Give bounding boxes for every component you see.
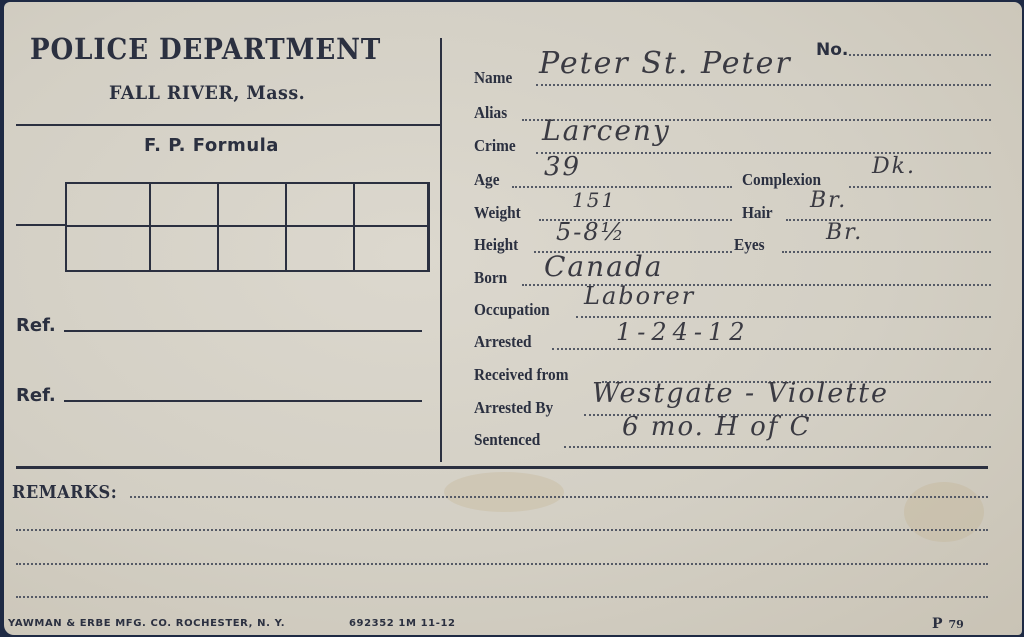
page-title: POLICE DEPARTMENT [30,32,381,66]
received-from-label: Received from [474,365,568,385]
height-label: Height [474,235,518,255]
ref-line-1[interactable] [64,330,422,332]
ref-label-2: Ref. [16,385,56,406]
remarks-line-2[interactable] [16,529,988,531]
form-prefix: P [932,616,943,632]
section-divider [16,466,988,469]
hair-line[interactable] [786,219,991,221]
police-record-card: POLICE DEPARTMENT FALL RIVER, Mass. F. P… [4,2,1022,635]
complexion-value: Dk. [872,154,916,179]
remarks-label: REMARKS: [12,482,117,503]
paper-stain [444,472,564,512]
remarks-line-1[interactable] [130,496,988,498]
hair-label: Hair [742,203,773,223]
header-divider [16,124,440,126]
height-value: 5-8½ [556,218,626,246]
form-number-value: 79 [949,618,964,631]
fp-cell[interactable] [151,184,219,227]
eyes-label: Eyes [734,235,765,255]
complexion-line[interactable] [849,186,991,188]
paper-stain [904,482,984,542]
record-number-label: No. [816,40,848,60]
arrested-by-label: Arrested By [474,398,553,418]
fp-cell[interactable] [151,227,219,270]
age-label: Age [474,170,499,190]
sentenced-value: 6 mo. H of C [622,412,812,442]
weight-label: Weight [474,203,521,223]
age-line[interactable] [512,186,732,188]
hair-value: Br. [810,188,847,213]
crime-line[interactable] [536,152,991,154]
vertical-divider [440,38,442,462]
arrested-value: 1-24-12 [616,318,751,346]
complexion-label: Complexion [742,170,821,190]
occupation-label: Occupation [474,300,550,320]
weight-value: 151 [572,188,616,212]
born-value: Canada [544,250,663,283]
remarks-line-3[interactable] [16,563,988,565]
fp-cell[interactable] [287,184,355,227]
fp-cell[interactable] [67,227,151,270]
age-value: 39 [544,152,581,182]
printer-imprint: YAWMAN & ERBE MFG. CO. ROCHESTER, N. Y. [8,618,285,629]
fp-formula-grid [65,182,430,272]
sentenced-label: Sentenced [474,430,540,450]
print-code: 692352 1M 11-12 [349,618,456,629]
arrested-label: Arrested [474,332,532,352]
ref-line-2[interactable] [64,400,422,402]
crime-value: Larceny [542,114,671,147]
formula-guide-line [16,224,66,226]
city-subtitle: FALL RIVER, Mass. [109,82,305,104]
name-line[interactable] [536,84,991,86]
name-value: Peter St. Peter [539,46,792,81]
fp-cell[interactable] [219,184,287,227]
ref-label-1: Ref. [16,315,56,336]
fp-cell[interactable] [355,184,427,227]
fp-formula-label: F. P. Formula [144,135,279,156]
fp-cell[interactable] [219,227,287,270]
arrested-line[interactable] [552,348,991,350]
record-number-line[interactable] [849,54,991,56]
sentenced-line[interactable] [564,446,991,448]
name-label: Name [474,68,512,88]
arrested-by-value: Westgate - Violette [592,378,889,409]
form-number: P79 [932,616,964,632]
eyes-value: Br. [826,220,863,245]
fp-cell[interactable] [287,227,355,270]
fp-cell[interactable] [67,184,151,227]
eyes-line[interactable] [782,251,991,253]
crime-label: Crime [474,136,516,156]
fp-cell[interactable] [355,227,427,270]
alias-label: Alias [474,103,507,123]
born-label: Born [474,268,507,288]
remarks-line-4[interactable] [16,596,988,598]
occupation-value: Laborer [584,282,695,310]
